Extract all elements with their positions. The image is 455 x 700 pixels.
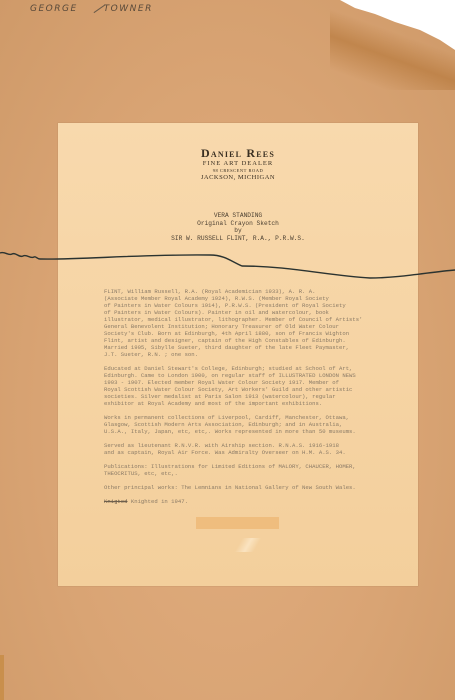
dealer-trade: FINE ART DEALER	[58, 160, 418, 168]
paper-scuff	[228, 538, 268, 552]
tape-strip	[196, 517, 279, 529]
dealer-city: JACKSON, MICHIGAN	[58, 174, 418, 182]
dealer-name: Daniel Rees	[58, 147, 418, 160]
struck-word: Knigted	[104, 498, 128, 505]
artist-biography: FLINT, William Russell, R.A. (Royal Acad…	[104, 288, 404, 512]
artwork-title-block: VERA STANDING Original Crayon Sketch by …	[58, 212, 418, 242]
bio-paragraph-other-works: Other principal works: The Lemnians in N…	[104, 484, 404, 491]
torn-corner	[330, 0, 455, 90]
edge-tab	[0, 655, 4, 700]
bio-paragraph-publications: Publications: Illustrations for Limited …	[104, 463, 404, 477]
knighted-text: Knighted in 1947.	[128, 498, 188, 505]
bio-paragraph-service: Served as lieutenant R.N.V.R. with Airsh…	[104, 442, 404, 456]
letterhead: Daniel Rees FINE ART DEALER 98 CRESCENT …	[58, 147, 418, 182]
inscription-first-name: GEORGE	[30, 4, 78, 14]
artwork-medium: Original Crayon Sketch	[58, 220, 418, 228]
typed-label-sheet: Daniel Rees FINE ART DEALER 98 CRESCENT …	[58, 123, 418, 586]
bio-paragraph-collections: Works in permanent collections of Liverp…	[104, 414, 404, 435]
bio-paragraph-education: Educated at Daniel Stewart's College, Ed…	[104, 365, 404, 407]
hanging-wire	[0, 240, 455, 280]
bio-paragraph-intro: FLINT, William Russell, R.A. (Royal Acad…	[104, 288, 404, 358]
artwork-title: VERA STANDING	[58, 212, 418, 220]
artwork-by: by	[58, 227, 418, 235]
inscription-last-name: TOWNER	[104, 4, 153, 14]
bio-knighted-line: Knigted Knighted in 1947.	[104, 498, 404, 505]
